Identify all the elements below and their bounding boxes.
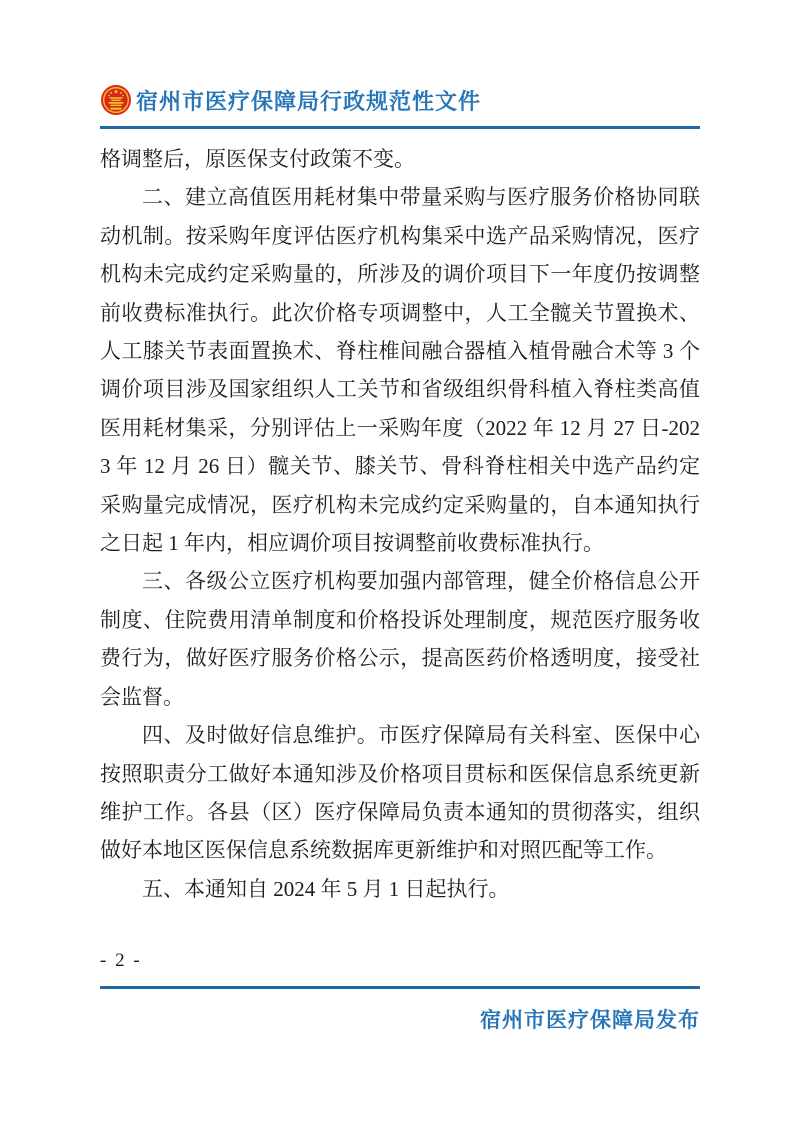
- document-body: 格调整后，原医保支付政策不变。 二、建立高值医用耗材集中带量采购与医疗服务价格协…: [100, 140, 700, 908]
- paragraph-continuation: 格调整后，原医保支付政策不变。: [100, 140, 700, 178]
- paragraph-item-3: 三、各级公立医疗机构要加强内部管理，健全价格信息公开制度、住院费用清单制度和价格…: [100, 562, 700, 716]
- footer-publisher: 宿州市医疗保障局发布: [480, 1004, 700, 1034]
- paragraph-item-5: 五、本通知自 2024 年 5 月 1 日起执行。: [100, 870, 700, 908]
- document-header-title: 宿州市医疗保障局行政规范性文件: [136, 85, 481, 116]
- document-page: 宿州市医疗保障局行政规范性文件 格调整后，原医保支付政策不变。 二、建立高值医用…: [0, 0, 793, 1122]
- page-number: - 2 -: [100, 950, 142, 972]
- header-divider-line: [100, 126, 700, 129]
- paragraph-item-4: 四、及时做好信息维护。市医疗保障局有关科室、医保中心按照职责分工做好本通知涉及价…: [100, 716, 700, 870]
- national-emblem-icon: [100, 84, 132, 116]
- document-header: 宿州市医疗保障局行政规范性文件: [100, 84, 700, 116]
- paragraph-item-2: 二、建立高值医用耗材集中带量采购与医疗服务价格协同联动机制。按采购年度评估医疗机…: [100, 178, 700, 562]
- footer-divider-line: [100, 986, 700, 989]
